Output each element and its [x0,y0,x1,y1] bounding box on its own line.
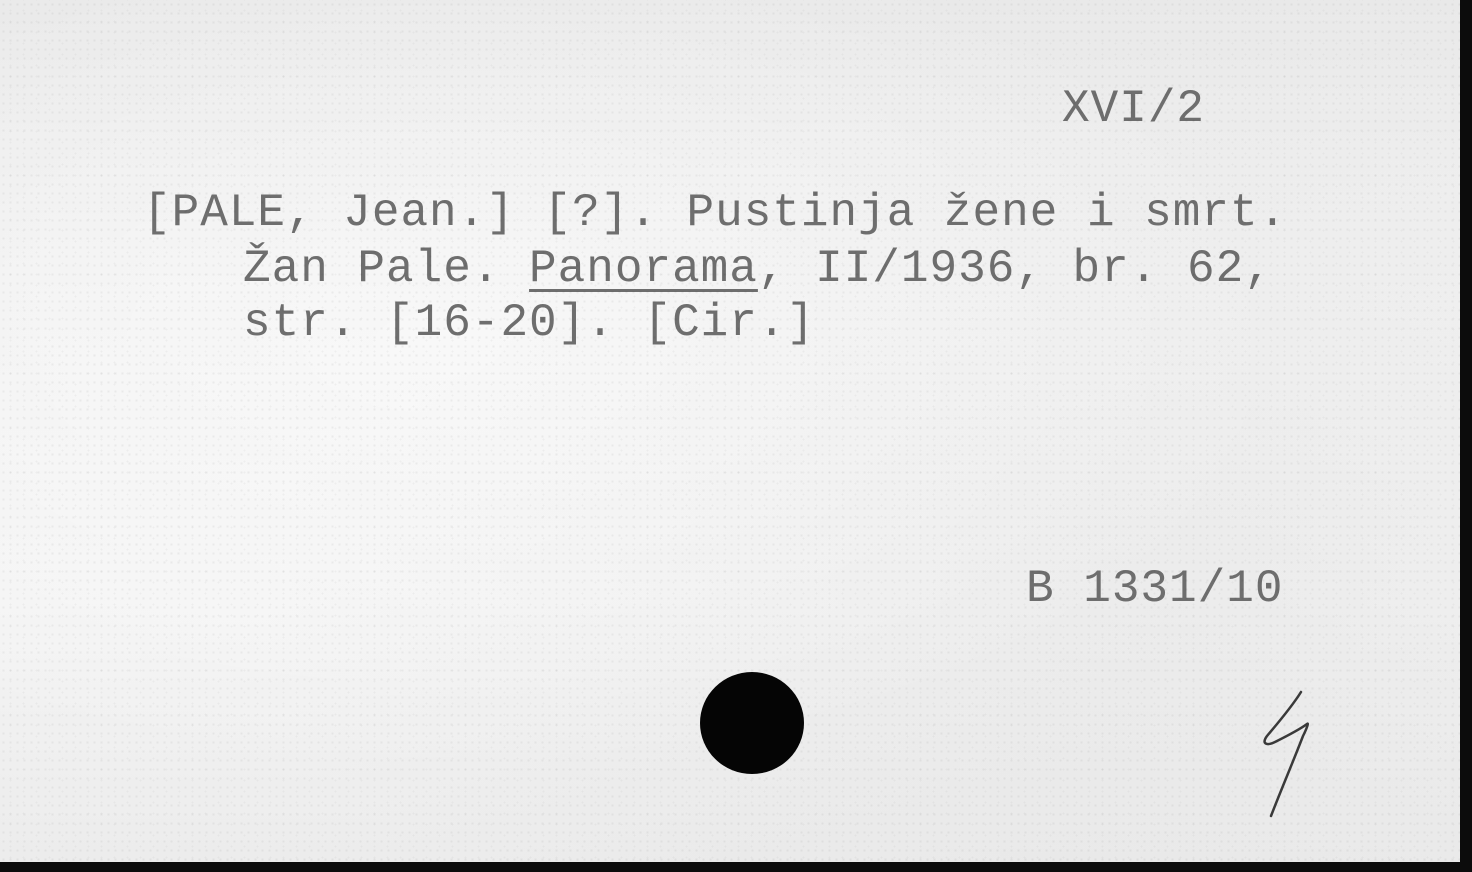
call-number: B 1331/10 [1026,566,1283,612]
scan-border-right [1460,0,1472,872]
entry-line-3: str. [16-20]. [Cir.] [243,300,815,346]
handwritten-number-icon [1255,680,1335,830]
catalog-card: XVI/2 [PALE, Jean.] [?]. Pustinja žene i… [0,0,1460,862]
author-transliteration: Žan Pale. [243,243,529,295]
journal-title: Panorama [529,243,758,295]
shelf-mark: XVI/2 [1062,86,1205,132]
issue-info: , II/1936, br. 62, [758,243,1273,295]
punch-hole-icon [700,672,804,774]
entry-line-2: Žan Pale. Panorama, II/1936, br. 62, [243,246,1273,292]
scan-border-bottom [0,862,1472,872]
entry-line-1: [PALE, Jean.] [?]. Pustinja žene i smrt. [143,190,1287,236]
